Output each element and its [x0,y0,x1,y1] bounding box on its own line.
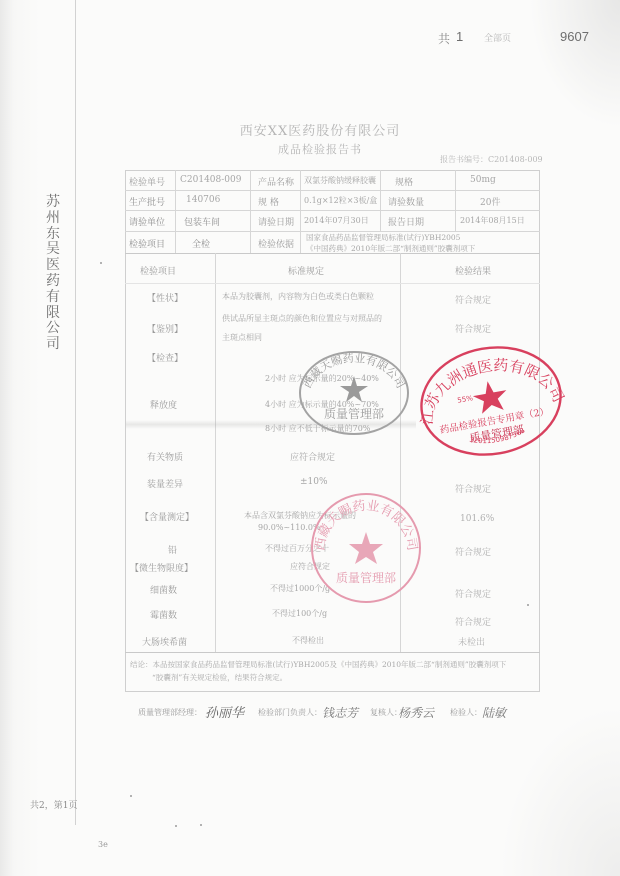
std-identification-2: 主斑点相同 [222,332,262,343]
conclusion-line-2: “胶囊剂”有关规定检验，结果符合规定。 [152,672,287,683]
red-stamp-small-text: 55% [457,394,474,405]
info-label: 请验数量 [388,195,424,208]
item-mold: 霉菌数 [150,608,177,621]
item-release: 释放度 [150,398,177,411]
result-identification: 符合规定 [455,322,491,335]
info-label: 检验单号 [129,175,165,188]
info-value: 140706 [186,195,220,205]
col-header-item: 检验项目 [140,264,176,277]
info-value: 20件 [480,195,500,208]
info-value: 2014年08月15日 [460,215,525,226]
info-value: C201408-009 [180,175,241,185]
qa-manager-signature: 孙丽华 [205,702,244,721]
dept-head-label: 检验部门负责人： [258,707,322,718]
info-label: 报告日期 [388,215,424,228]
item-inspection: 【检查】 [147,351,183,364]
info-label: 检验依据 [258,237,294,250]
result-bacteria: 符合规定 [455,587,491,600]
result-weight-variation: 符合规定 [455,482,491,495]
item-lead: 铅 [168,543,177,556]
info-label: 请验日期 [258,215,294,228]
pink-stamp-bottom-text: 质量管理部 [336,570,396,585]
binding-margin-line [75,0,76,825]
std-character: 本品为胶囊剂，内容物为白色或类白色颗粒 [222,291,374,302]
info-value: 包装车间 [184,215,220,228]
info-value: 双氯芬酸钠缓释胶囊 [304,175,376,186]
info-label: 生产批号 [129,195,165,208]
info-value: 《中国药典》2010年版二部“制剂通则”胶囊剂项下 [306,243,475,254]
inspector-signature: 陆敏 [482,704,506,721]
dept-head-signature: 钱志芳 [322,704,358,721]
footer-mark: 3e [98,840,108,849]
info-label: 检验项目 [129,237,165,250]
item-microbial: 【微生物限度】 [130,561,193,574]
conclusion-line-1: 结论：本品按国家食品药品监督管理局标准(试行)YBH2005及《中国药典》201… [130,659,506,670]
item-assay: 【含量测定】 [140,510,194,523]
report-title: 成品检验报告书 [200,141,440,157]
info-label: 产品名称 [258,175,294,188]
info-value: 2014年07月30日 [304,215,369,226]
item-ecoli: 大肠埃希菌 [142,635,187,648]
info-value: 50mg [470,175,496,185]
item-character: 【性状】 [147,291,183,304]
header-doc-no: 9607 [560,29,589,44]
item-weight-variation: 装量差异 [147,477,183,490]
info-label: 规格 [395,175,413,188]
header-page-no: 1 [456,29,463,44]
info-label: 规 格 [258,195,279,208]
qa-manager-label: 质量管理部经理： [138,707,202,718]
reviewer-signature: 杨秀云 [398,704,434,721]
info-value: 国家食品药品监督管理局标准(试行)YBH2005 [306,232,460,243]
result-character: 符合规定 [455,293,491,306]
red-inspection-stamp: 江苏九洲通医药有限公司 55% 药品检验报告专用章（2） 质量管理部 32011… [409,333,572,469]
page-count-footer: 共2，第1页 [30,798,77,811]
inspector-label: 检验人： [450,707,482,718]
report-company-title: 西安XX医药股份有限公司 [200,120,440,139]
report-number: 报告书编号：C201408-009 [440,154,543,165]
side-company-name: 苏州东吴医药有限公司 [45,195,61,353]
std-related-substances: 应符合规定 [290,450,335,463]
pink-company-stamp: 西藏天赐药业有限公司 质量管理部 [308,490,424,606]
result-lead: 符合规定 [455,545,491,558]
info-label: 请验单位 [129,215,165,228]
std-mold: 不得过100个/g [272,608,327,619]
std-identification-1: 供试品所显主斑点的颜色和位置应与对照品的 [222,313,382,324]
item-related-substances: 有关物质 [147,450,183,463]
item-bacteria: 细菌数 [150,583,177,596]
col-header-result: 检验结果 [455,264,491,277]
header-middle-label: 全部页 [484,31,511,44]
grey-company-stamp: 西藏天赐药业有限公司 质量管理部 [296,348,412,438]
std-ecoli: 不得检出 [292,635,324,646]
item-identification: 【鉴别】 [147,322,183,335]
result-mold: 符合规定 [455,615,491,628]
header-total-label: 共 [438,30,450,47]
std-weight-variation: ±10% [300,477,328,487]
info-value: 0.1g×12粒×3板/盒 [304,195,377,206]
info-value: 全检 [192,237,210,250]
result-assay: 101.6% [460,514,494,524]
col-header-standard: 标准规定 [288,264,324,277]
grey-stamp-bottom-text: 质量管理部 [324,406,384,421]
result-ecoli: 未检出 [458,635,485,648]
